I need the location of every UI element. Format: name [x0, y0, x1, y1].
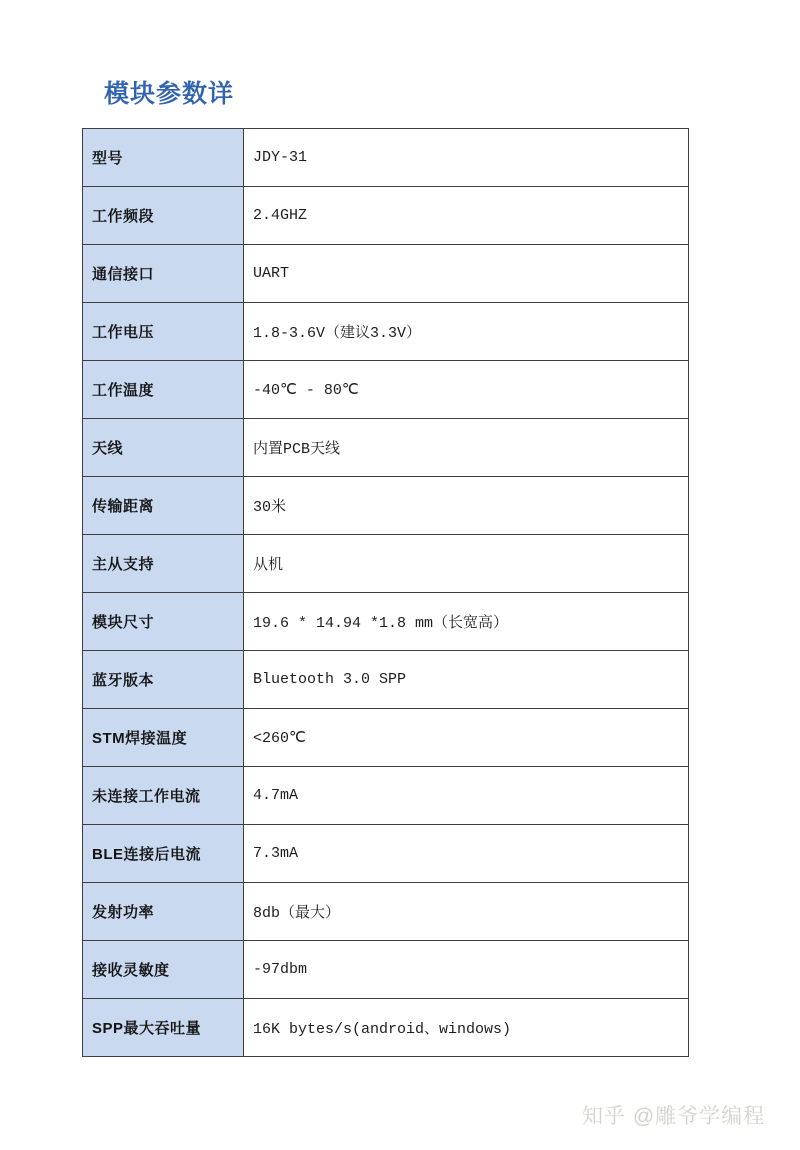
- param-value: UART: [244, 245, 689, 303]
- param-value: 7.3mA: [244, 825, 689, 883]
- param-value: <260℃: [244, 709, 689, 767]
- param-label: 未连接工作电流: [83, 767, 244, 825]
- table-row: 天线内置PCB天线: [83, 419, 689, 477]
- watermark: 知乎 @雕爷学编程: [582, 1100, 765, 1130]
- param-label: 传输距离: [83, 477, 244, 535]
- table-row: 模块尺寸19.6 * 14.94 *1.8 mm（长宽高）: [83, 593, 689, 651]
- table-row: 未连接工作电流4.7mA: [83, 767, 689, 825]
- param-label: 工作频段: [83, 187, 244, 245]
- page-title: 模块参数详: [104, 79, 234, 109]
- param-label: 工作电压: [83, 303, 244, 361]
- param-value: 16K bytes/s(android、windows): [244, 999, 689, 1057]
- table-row: 传输距离30米: [83, 477, 689, 535]
- table-row: 主从支持从机: [83, 535, 689, 593]
- param-label: 接收灵敏度: [83, 941, 244, 999]
- param-label: 天线: [83, 419, 244, 477]
- param-label: SPP最大吞吐量: [83, 999, 244, 1057]
- table-row: SPP最大吞吐量16K bytes/s(android、windows): [83, 999, 689, 1057]
- table-row: 工作温度-40℃ - 80℃: [83, 361, 689, 419]
- table-row: 工作电压1.8-3.6V（建议3.3V）: [83, 303, 689, 361]
- param-value: -40℃ - 80℃: [244, 361, 689, 419]
- param-value: 19.6 * 14.94 *1.8 mm（长宽高）: [244, 593, 689, 651]
- param-value: 4.7mA: [244, 767, 689, 825]
- table-row: 发射功率8db（最大）: [83, 883, 689, 941]
- param-value: JDY-31: [244, 129, 689, 187]
- param-label: 模块尺寸: [83, 593, 244, 651]
- param-label: 发射功率: [83, 883, 244, 941]
- table-row: 型号JDY-31: [83, 129, 689, 187]
- param-value: 内置PCB天线: [244, 419, 689, 477]
- table-row: 工作频段2.4GHZ: [83, 187, 689, 245]
- param-value: -97dbm: [244, 941, 689, 999]
- param-label: 通信接口: [83, 245, 244, 303]
- table-row: 接收灵敏度-97dbm: [83, 941, 689, 999]
- param-value: 1.8-3.6V（建议3.3V）: [244, 303, 689, 361]
- table-row: 通信接口UART: [83, 245, 689, 303]
- table-row: STM焊接温度<260℃: [83, 709, 689, 767]
- param-label: STM焊接温度: [83, 709, 244, 767]
- param-label: 型号: [83, 129, 244, 187]
- table-row: 蓝牙版本Bluetooth 3.0 SPP: [83, 651, 689, 709]
- param-label: 主从支持: [83, 535, 244, 593]
- param-label: 蓝牙版本: [83, 651, 244, 709]
- param-value: 2.4GHZ: [244, 187, 689, 245]
- param-value: 从机: [244, 535, 689, 593]
- table-row: BLE连接后电流7.3mA: [83, 825, 689, 883]
- spec-table: 型号JDY-31工作频段2.4GHZ通信接口UART工作电压1.8-3.6V（建…: [82, 128, 689, 1057]
- param-label: 工作温度: [83, 361, 244, 419]
- param-value: 8db（最大）: [244, 883, 689, 941]
- param-value: 30米: [244, 477, 689, 535]
- param-value: Bluetooth 3.0 SPP: [244, 651, 689, 709]
- param-label: BLE连接后电流: [83, 825, 244, 883]
